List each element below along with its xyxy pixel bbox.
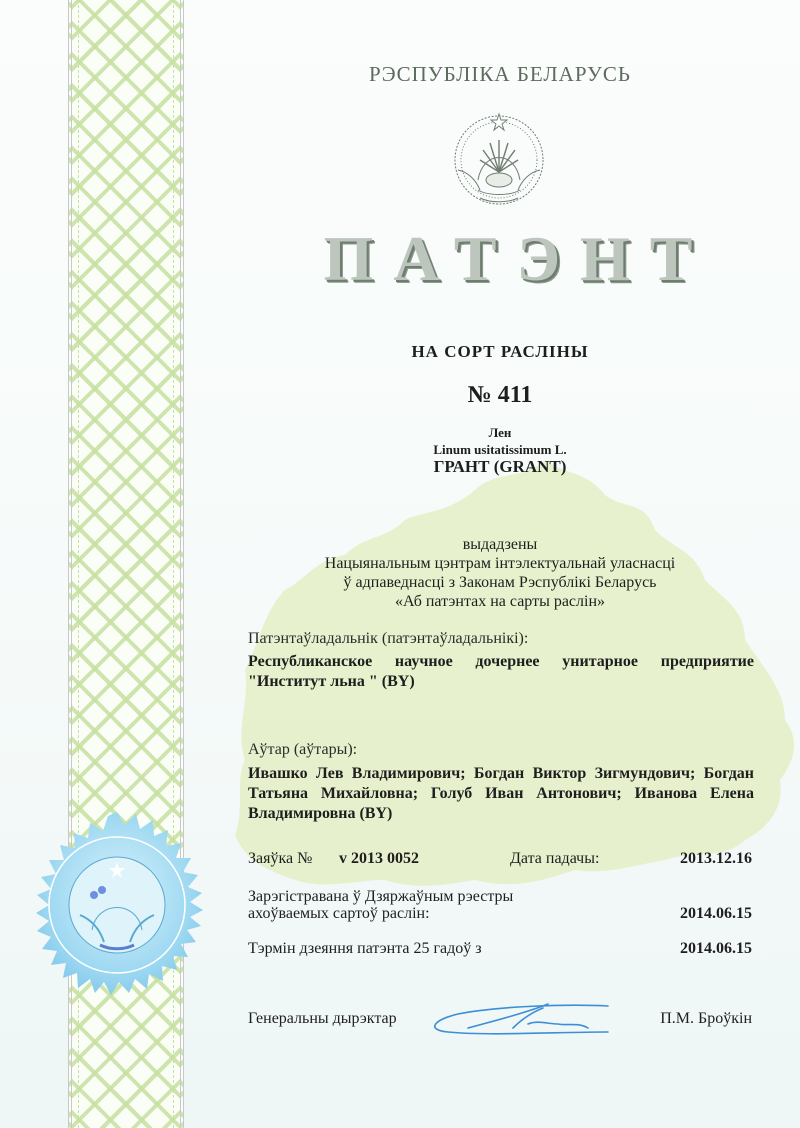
registration-label-line: ахоўваемых сартоў раслін: [248,905,513,922]
state-emblem-icon [438,110,560,210]
issued-by-text: выдадзены Нацыянальным цэнтрам інтэлекту… [240,535,760,611]
patent-document: РЭСПУБЛІКА БЕЛАРУСЬ ПАТЭНТ НА СОРТ РАСЛІ… [0,0,800,1128]
country-name: РЭСПУБЛІКА БЕЛАРУСЬ [240,62,760,87]
application-number-value: v 2013 0052 [339,850,419,868]
issued-line: Нацыянальным цэнтрам інтэлектуальнай ула… [240,554,760,573]
signatory-title: Генеральны дырэктар [248,1010,397,1028]
filing-date-label: Дата падачы: [510,850,599,868]
term-label: Тэрмін дзеяння патэнта 25 гадоў з [248,940,482,958]
document-title: ПАТЭНТ [240,222,778,296]
signatory-name: П.М. Броўкін [660,1010,752,1028]
plant-name: Лен [240,425,760,441]
registration-label-line: Зарэгістравана ў Дзяржаўным рэестры [248,888,513,905]
issued-line: ў адпаведнасці з Законам Рэспублікі Бела… [240,573,760,592]
issued-line: выдадзены [240,535,760,554]
patent-number: № 411 [240,382,760,409]
term-date: 2014.06.15 [680,940,752,958]
plant-latin-name: Linum usitatissimum L. [240,442,760,458]
registration-date: 2014.06.15 [680,905,752,923]
issued-line: «Аб патэнтах на сарты раслін» [240,592,760,611]
signature-icon [428,998,618,1038]
authors-value: Ивашко Лев Владимирович; Богдан Виктор З… [248,764,754,824]
official-seal-icon [22,810,212,1000]
filing-date-value: 2013.12.16 [680,850,752,868]
registration-label: Зарэгістравана ў Дзяржаўным рэестры ахоў… [248,888,513,922]
holder-label: Патэнтаўладальнік (патэнтаўладальнікі): [248,630,754,648]
variety-name: ГРАНТ (GRANT) [240,457,760,477]
authors-label: Аўтар (аўтары): [248,741,754,759]
application-number-label: Заяўка № [248,850,312,868]
patent-subtitle: НА СОРТ РАСЛІНЫ [240,342,760,362]
holder-value: Республиканское научное дочернее унитарн… [248,652,754,692]
